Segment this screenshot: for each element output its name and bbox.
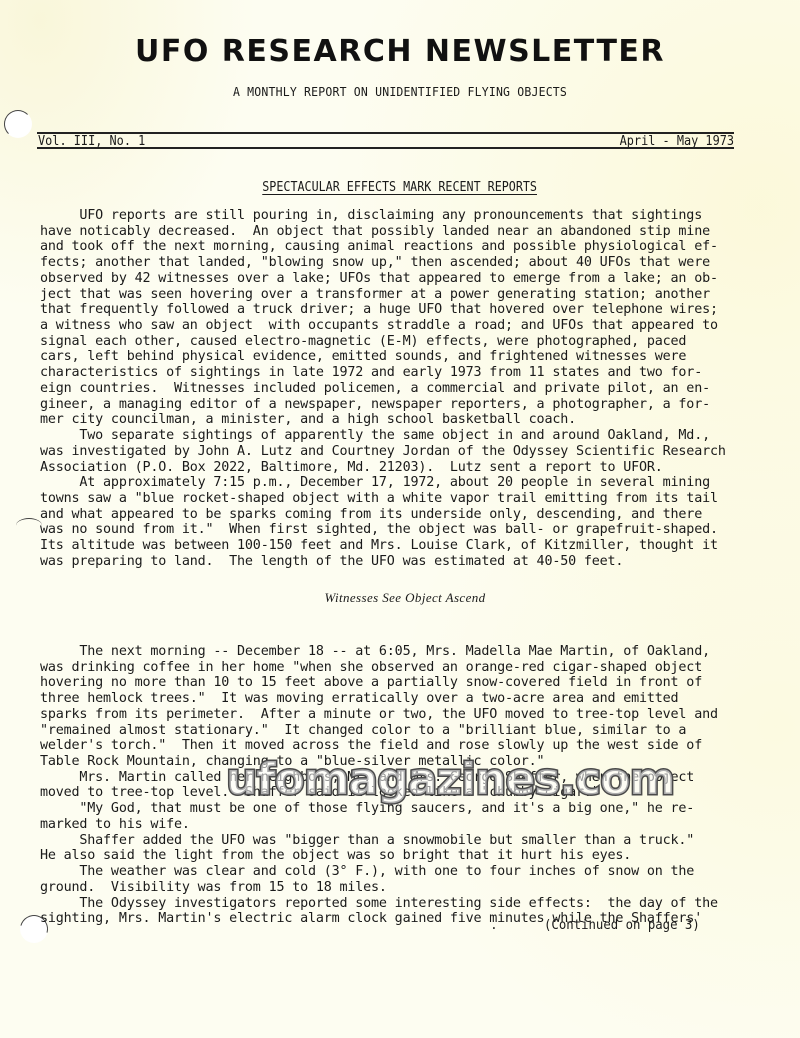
punch-hole-middle: [16, 518, 42, 533]
text-line: Association (P.O. Box 2022, Baltimore, M…: [40, 460, 740, 476]
text-line: He also said the light from the object w…: [40, 848, 740, 864]
section-subheading-row: Witnesses See Object Ascend: [0, 590, 800, 606]
text-line: The Odyssey investigators reported some …: [40, 896, 740, 912]
text-line: Two separate sightings of apparently the…: [40, 428, 740, 444]
article-headline-row: SPECTACULAR EFFECTS MARK RECENT REPORTS: [0, 178, 800, 196]
article-headline: SPECTACULAR EFFECTS MARK RECENT REPORTS: [263, 180, 538, 195]
text-line: that frequently followed a truck driver;…: [40, 302, 740, 318]
header-rule-bottom: [37, 147, 734, 149]
text-line: was preparing to land. The length of the…: [40, 554, 740, 570]
text-line: a witness who saw an object with occupan…: [40, 318, 740, 334]
text-line: and took off the next morning, causing a…: [40, 239, 740, 255]
text-line: Its altitude was between 100-150 feet an…: [40, 538, 740, 554]
text-line: ground. Visibility was from 15 to 18 mil…: [40, 880, 740, 896]
text-line: cars, left behind physical evidence, emi…: [40, 349, 740, 365]
text-line: and what appeared to be sparks coming fr…: [40, 507, 740, 523]
newsletter-title: UFO RESEARCH NEWSLETTER: [0, 34, 800, 69]
stray-dot: .: [490, 918, 498, 933]
punch-hole-top: [4, 110, 32, 138]
text-line: hovering no more than 10 to 15 feet abov…: [40, 675, 740, 691]
text-line: eign countries. Witnesses included polic…: [40, 381, 740, 397]
text-line: sparks from its perimeter. After a minut…: [40, 707, 740, 723]
text-line: mer city councilman, a minister, and a h…: [40, 412, 740, 428]
text-line: Shaffer added the UFO was "bigger than a…: [40, 833, 740, 849]
continued-note: (Continued on page 3): [544, 918, 700, 933]
text-line: welder's torch." Then it moved across th…: [40, 738, 740, 754]
text-line: signal each other, caused electro-magnet…: [40, 334, 740, 350]
text-line: marked to his wife.: [40, 817, 740, 833]
text-line: was drinking coffee in her home "when sh…: [40, 660, 740, 676]
section-subheading: Witnesses See Object Ascend: [314, 590, 485, 606]
text-line: fects; another that landed, "blowing sno…: [40, 255, 740, 271]
text-line: characteristics of sightings in late 197…: [40, 365, 740, 381]
text-line: was no sound from it." When first sighte…: [40, 522, 740, 538]
text-line: The next morning -- December 18 -- at 6:…: [40, 644, 740, 660]
text-line: "remained almost stationary." It changed…: [40, 723, 740, 739]
text-line: towns saw a "blue rocket-shaped object w…: [40, 491, 740, 507]
text-line: have noticably decreased. An object that…: [40, 224, 740, 240]
text-line: At approximately 7:15 p.m., December 17,…: [40, 475, 740, 491]
text-line: ject that was seen hovering over a trans…: [40, 287, 740, 303]
article-body-part1: UFO reports are still pouring in, discla…: [40, 208, 740, 570]
text-line: observed by 42 witnesses over a lake; UF…: [40, 271, 740, 287]
text-line: gineer, a managing editor of a newspaper…: [40, 397, 740, 413]
watermark: ufomagazines.com: [226, 758, 674, 802]
text-line: was investigated by John A. Lutz and Cou…: [40, 444, 740, 460]
text-line: UFO reports are still pouring in, discla…: [40, 208, 740, 224]
text-line: The weather was clear and cold (3° F.), …: [40, 864, 740, 880]
text-line: three hemlock trees." It was moving erra…: [40, 691, 740, 707]
newsletter-subtitle: A MONTHLY REPORT ON UNIDENTIFIED FLYING …: [32, 84, 768, 99]
